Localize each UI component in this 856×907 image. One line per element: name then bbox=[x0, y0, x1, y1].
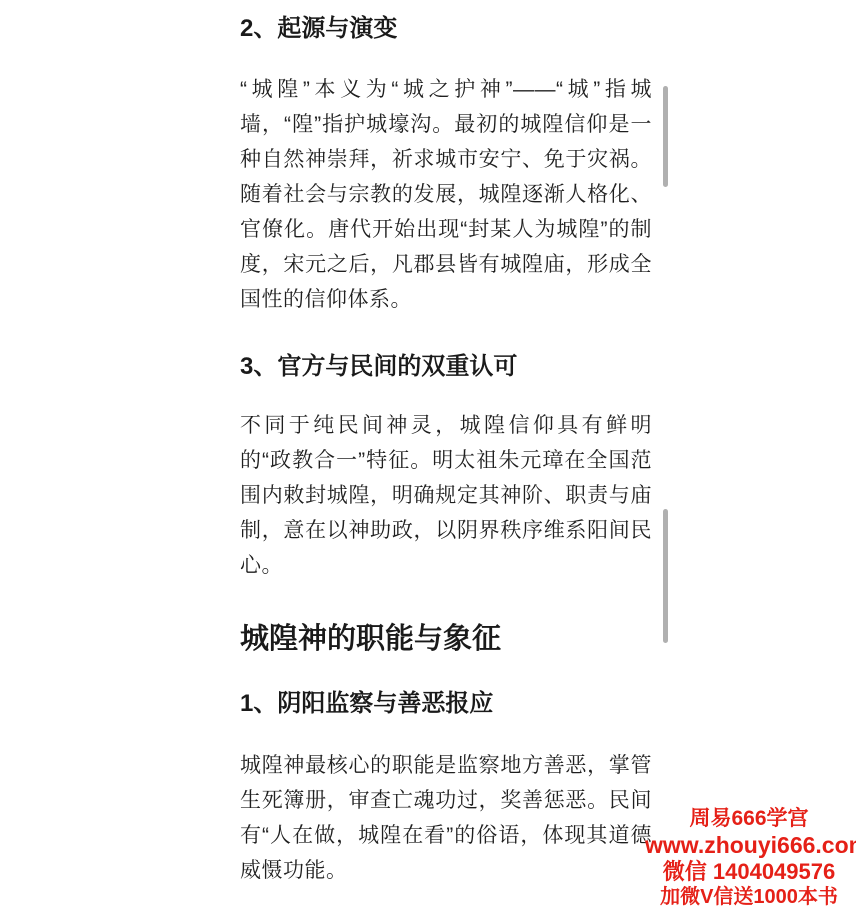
paragraph-origin-evolution: “城隍”本义为“城之护神”——“城”指城墙，“隍”指护城壕沟。最初的城隍信仰是一… bbox=[240, 72, 652, 317]
watermark-wechat-id: 微信 1404049576 bbox=[645, 859, 853, 885]
scrollbar-thumb-upper[interactable] bbox=[663, 86, 668, 187]
watermark: 周易666学宫 www.zhouyi666.com 微信 1404049576 … bbox=[645, 806, 853, 907]
heading-origin-evolution: 2、起源与演变 bbox=[240, 14, 652, 44]
watermark-website-url: www.zhouyi666.com bbox=[645, 832, 853, 859]
paragraph-dual-recognition: 不同于纯民间神灵，城隍信仰具有鲜明的“政教合一”特征。明太祖朱元璋在全国范围内敕… bbox=[240, 408, 652, 583]
scrollbar-thumb-lower[interactable] bbox=[663, 509, 668, 643]
document-page: 2、起源与演变 “城隍”本义为“城之护神”——“城”指城墙，“隍”指护城壕沟。最… bbox=[0, 0, 856, 907]
heading-dual-recognition: 3、官方与民间的双重认可 bbox=[240, 352, 652, 382]
heading-yinyang-supervision: 1、阴阳监察与善恶报应 bbox=[240, 689, 652, 719]
paragraph-yinyang-supervision: 城隍神最核心的职能是监察地方善恶，掌管生死簿册，审查亡魂功过，奖善惩恶。民间有“… bbox=[240, 748, 652, 888]
watermark-promo-text: 加微V信送1000本书 bbox=[645, 885, 853, 907]
watermark-site-name: 周易666学宫 bbox=[645, 806, 853, 832]
heading-functions-symbolism: 城隍神的职能与象征 bbox=[240, 620, 652, 658]
